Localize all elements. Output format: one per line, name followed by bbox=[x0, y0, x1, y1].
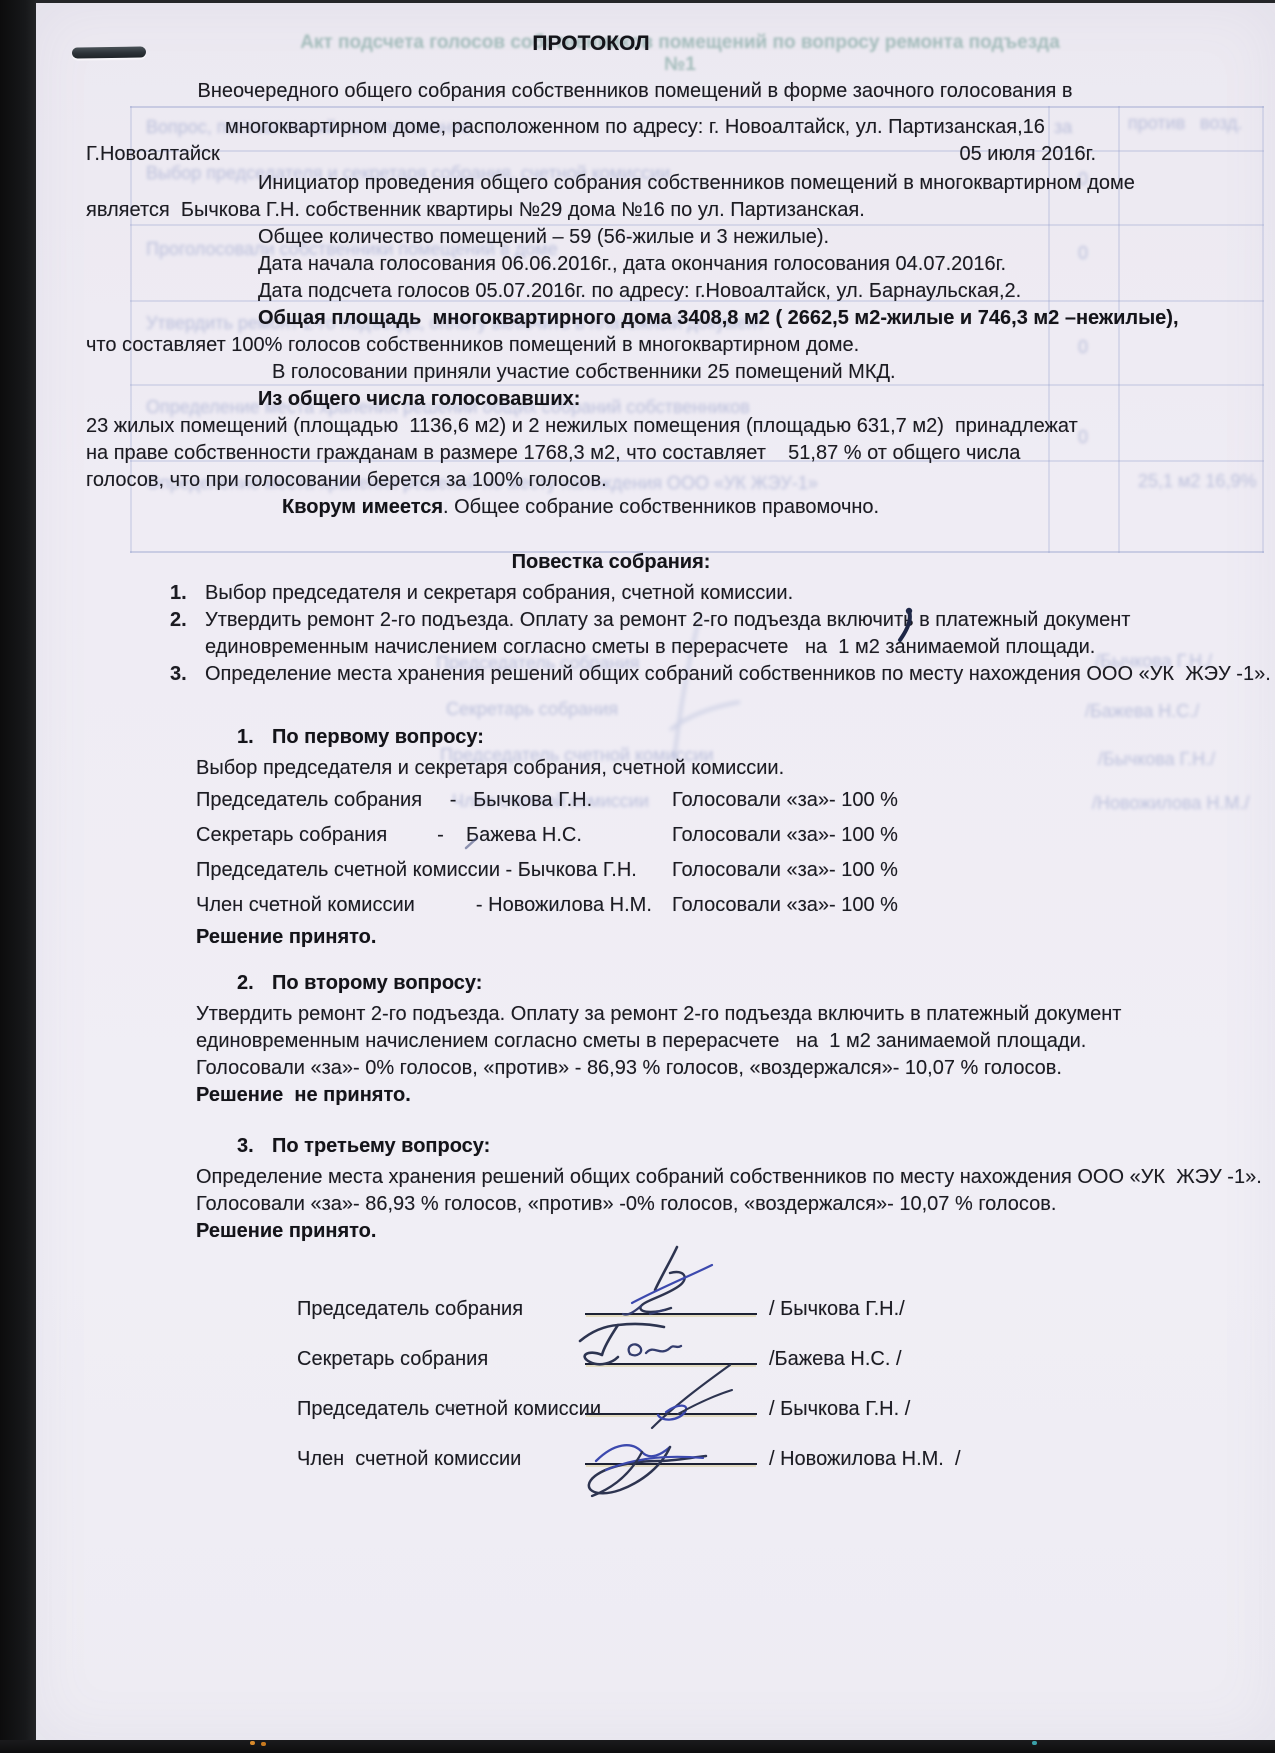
document-page bbox=[36, 3, 1275, 1740]
punch-hole-mark bbox=[72, 46, 146, 58]
scan-speck bbox=[1032, 1741, 1037, 1745]
scan-speck bbox=[261, 1742, 266, 1746]
scanner-edge-bottom bbox=[0, 1740, 1275, 1753]
scanned-document: Акт подсчета голосов собственников помещ… bbox=[0, 0, 1275, 1753]
scanner-edge-left bbox=[0, 0, 36, 1753]
scan-speck bbox=[250, 1741, 255, 1745]
scanner-edge-top bbox=[36, 0, 1275, 3]
